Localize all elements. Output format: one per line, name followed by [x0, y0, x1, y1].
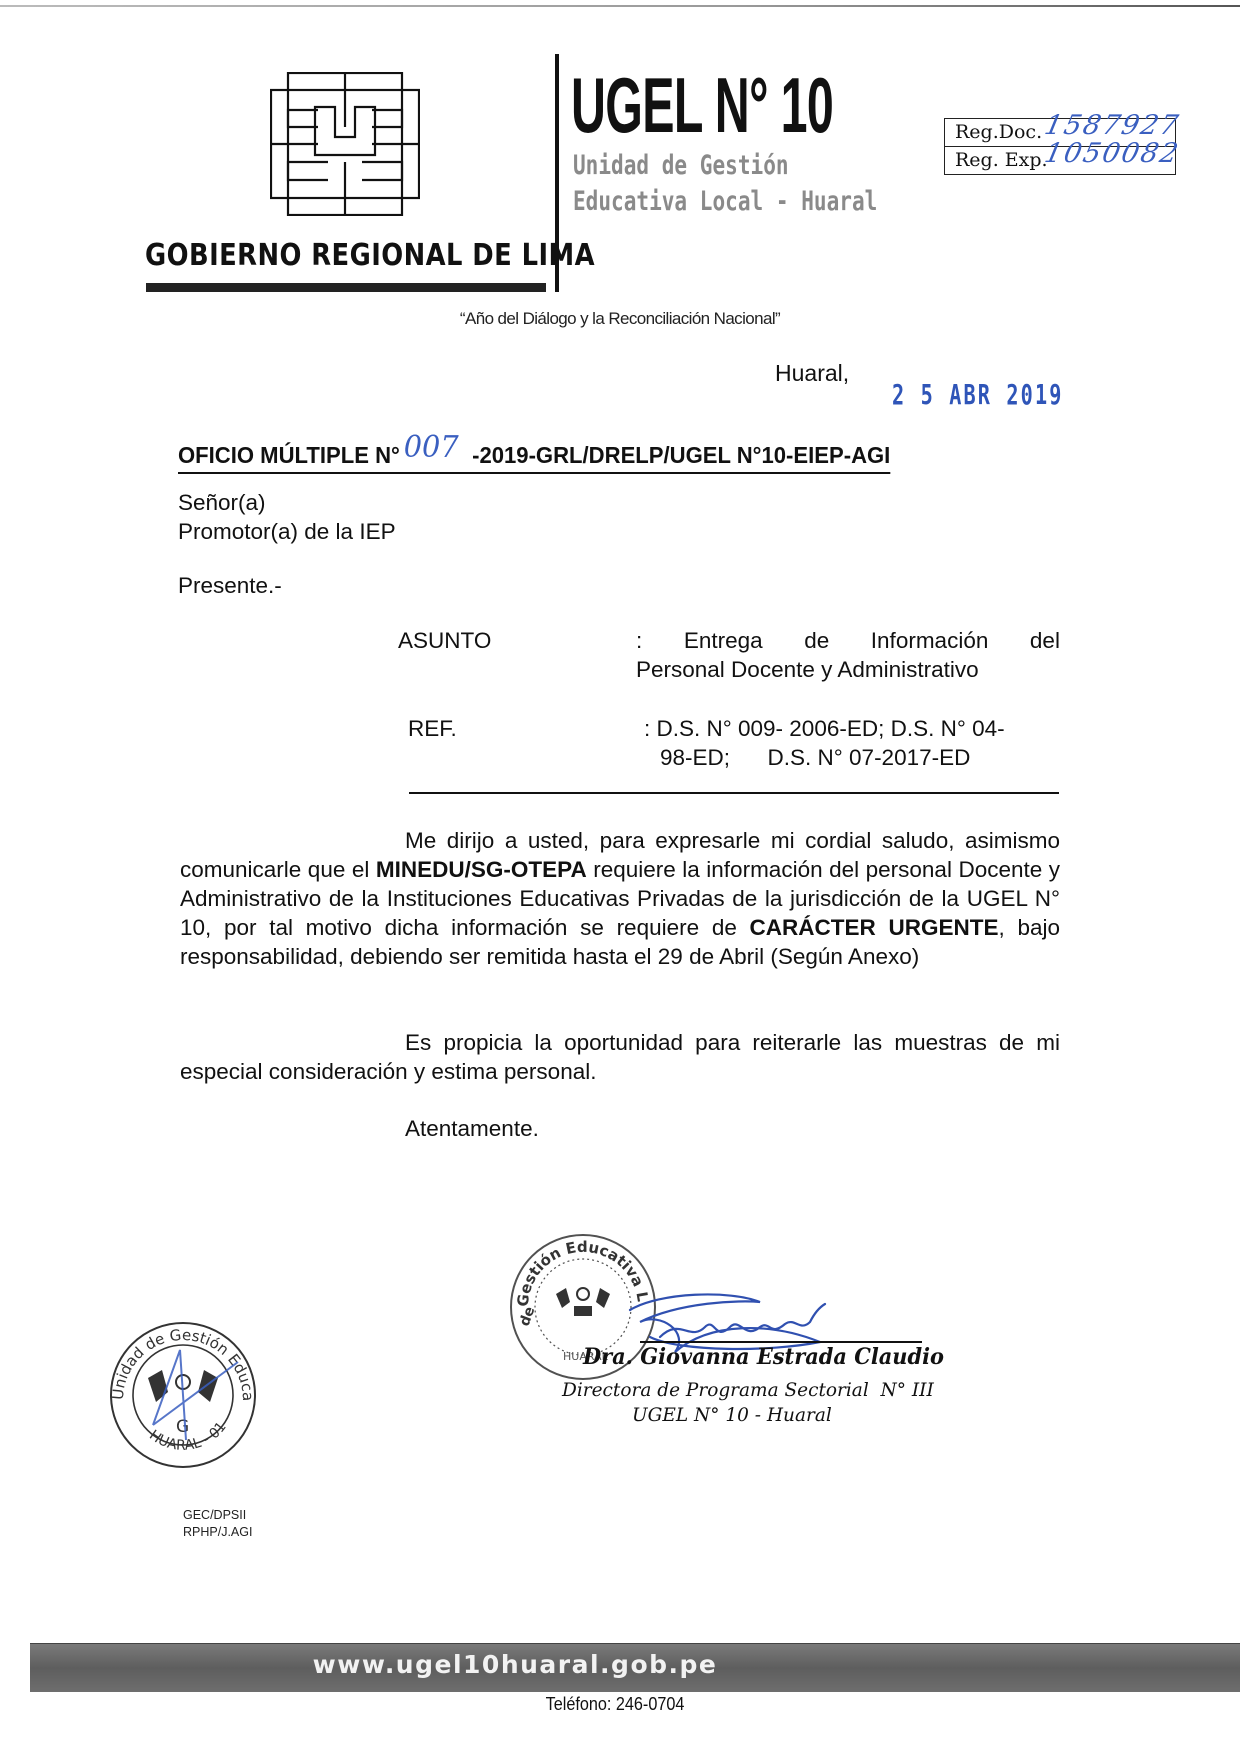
signatory-role: Directora de Programa Sectorial N° III — [562, 1380, 934, 1401]
closing: Atentamente. — [405, 1114, 539, 1143]
registry-doc-value: 1587927 — [1042, 113, 1182, 139]
p1-bold-entity: MINEDU/SG-OTEPA — [376, 857, 587, 882]
unit-title: UGEL N° 10 — [571, 62, 833, 148]
header-separator-line — [409, 792, 1059, 794]
registry-exp-row: Reg. Exp. 1050082 — [945, 147, 1175, 175]
addressee-line2: Promotor(a) de la IEP — [178, 517, 396, 546]
round-seal-stamp-icon: Unidad de Gestión Educativa Local N° HUA… — [108, 1320, 258, 1470]
registry-box: Reg.Doc. 1587927 Reg. Exp. 1050082 — [944, 118, 1176, 175]
date-stamp: 2 5 ABR 2019 — [892, 378, 1064, 411]
subject-word: de — [804, 626, 829, 655]
subject-value: : Entrega de Información del Personal Do… — [636, 626, 1060, 684]
subject-word: Entrega — [684, 626, 763, 655]
subject-word: : — [636, 626, 642, 655]
body-paragraph-1: Me dirijo a usted, para expresarle mi co… — [180, 826, 1060, 971]
greeting: Presente.- — [178, 571, 282, 600]
registry-exp-value: 1050082 — [1042, 141, 1182, 167]
document-reference: OFICIO MÚLTIPLE N°007-2019-GRL/DRELP/UGE… — [178, 436, 890, 474]
svg-text:G: G — [176, 1417, 189, 1437]
unit-subtitle-line1: Unidad de Gestión — [573, 150, 789, 181]
svg-text:de: de — [517, 1305, 539, 1329]
header-divider — [555, 54, 559, 292]
year-motto: “Año del Diálogo y la Reconciliación Nac… — [0, 309, 1240, 329]
p1-bold-urgent: CARÁCTER URGENTE — [750, 915, 999, 940]
reference-value: : D.S. N° 009- 2006-ED; D.S. N° 04- 98-E… — [644, 714, 1060, 772]
reference-initials: GEC/DPSII RPHP/J.AGI — [183, 1507, 252, 1541]
subject-word: Información — [871, 626, 989, 655]
oficio-number: 007 — [400, 430, 472, 465]
footer-phone: Teléfono: 246-0704 — [57, 1694, 1173, 1715]
subject-line1: : Entrega de Información del — [636, 626, 1060, 655]
footer-website-link[interactable]: www.ugel10huaral.gob.pe — [0, 1650, 1120, 1679]
org-title: GOBIERNO REGIONAL DE LIMA — [145, 238, 595, 273]
page-top-border — [0, 5, 1240, 7]
registry-exp-label: Reg. Exp. — [955, 149, 1048, 171]
org-title-underline — [146, 283, 546, 292]
place: Huaral, — [775, 360, 849, 387]
addressee: Señor(a) Promotor(a) de la IEP — [178, 488, 396, 546]
signatory-unit: UGEL N° 10 - Huaral — [632, 1405, 832, 1426]
footer-banner: www.ugel10huaral.gob.pe — [30, 1643, 1240, 1692]
registry-doc-label: Reg.Doc. — [955, 121, 1042, 143]
oficio-suffix: -2019-GRL/DRELP/UGEL N°10-EIEP-AGI — [472, 442, 890, 468]
initials-line1: GEC/DPSII — [183, 1507, 252, 1524]
signature-line — [640, 1341, 922, 1343]
addressee-line1: Señor(a) — [178, 488, 396, 517]
subject-line2: Personal Docente y Administrativo — [636, 655, 1060, 684]
unit-subtitle: Unidad de Gestión Educativa Local - Huar… — [573, 148, 877, 220]
signatory-name: Dra. Giovanna Estrada Claudio — [583, 1344, 944, 1370]
reference-line2: 98-ED; D.S. N° 07-2017-ED — [644, 743, 1060, 772]
subject-word: del — [1030, 626, 1060, 655]
unit-subtitle-line2: Educativa Local - Huaral — [573, 186, 877, 217]
subject-label: ASUNTO — [398, 626, 491, 655]
oficio-prefix: OFICIO MÚLTIPLE N° — [178, 442, 400, 468]
reference-label: REF. — [408, 714, 457, 743]
gobierno-regional-lima-logo-icon — [270, 72, 420, 216]
initials-line2: RPHP/J.AGI — [183, 1524, 252, 1541]
reference-line1: : D.S. N° 009- 2006-ED; D.S. N° 04- — [644, 714, 1060, 743]
body-paragraph-2: Es propicia la oportunidad para reiterar… — [180, 1028, 1060, 1086]
